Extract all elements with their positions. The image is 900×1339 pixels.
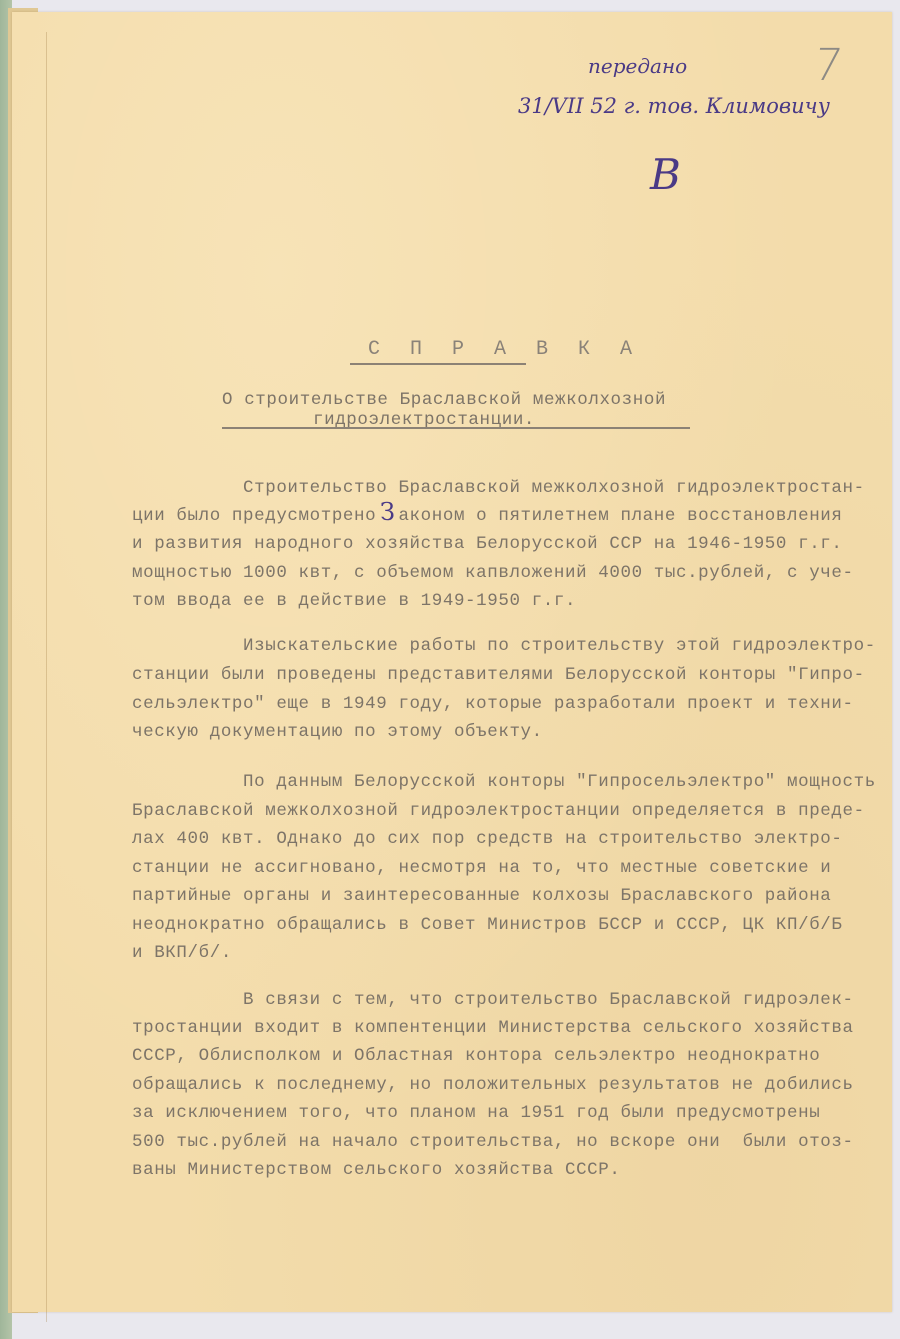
handwritten-initial-signature: В [650,150,681,199]
text-line: 500 тыс.рублей на начало строительства, … [132,1132,854,1152]
text-line: Изыскательские работы по строительству э… [132,636,876,656]
text-line: том ввода ее в действие в 1949-1950 г.г. [132,591,576,611]
text-line: СССР, Облисполком и Областная контора се… [132,1046,820,1066]
text-line: ваны Министерством сельского хозяйства С… [132,1160,620,1180]
text-line: ции было предусмотрено аконом о пятилетн… [132,506,843,526]
title-underline [350,363,526,365]
handwritten-note-recipient: 31/VII 52 г. тов. Климовичу [518,94,830,118]
text-line: ческую документацию по этому объекту. [132,722,543,742]
text-line: Браславской межколхозной гидроэлектроста… [132,801,865,821]
handwritten-correction: З [380,498,395,526]
handwritten-note-transferred: передано [588,54,687,78]
text-line: В связи с тем, что строительство Браслав… [132,990,854,1010]
page-fold-line [46,32,47,1322]
text-line: обращались к последнему, но положительны… [132,1075,854,1095]
text-line: и развития народного хозяйства Белорусск… [132,534,843,554]
subtitle-underline [222,427,690,429]
text-line: и ВКП/б/. [132,943,232,963]
text-line: мощностью 1000 квт, с объемом капвложени… [132,563,854,583]
text-line: станции были проведены представителями Б… [132,665,865,685]
text-line: партийные органы и заинтересованные колх… [132,886,831,906]
document-title: С П Р А В К А [368,338,641,361]
document-subtitle-line1: О строительстве Браславской межколхозной [222,390,666,410]
text-line: сельэлектро" еще в 1949 году, которые ра… [132,694,854,714]
text-line: лах 400 квт. Однако до сих пор средств н… [132,829,843,849]
text-line: станции не ассигновано, несмотря на то, … [132,858,831,878]
text-line: тростанции входит в компентенции Министе… [132,1018,854,1038]
text-line: за исключением того, что планом на 1951 … [132,1103,820,1123]
text-line: неоднократно обращались в Совет Министро… [132,915,843,935]
text-line: Строительство Браславской межколхозной г… [132,478,865,498]
text-line: По данным Белорусской конторы "Гипросель… [132,772,876,792]
